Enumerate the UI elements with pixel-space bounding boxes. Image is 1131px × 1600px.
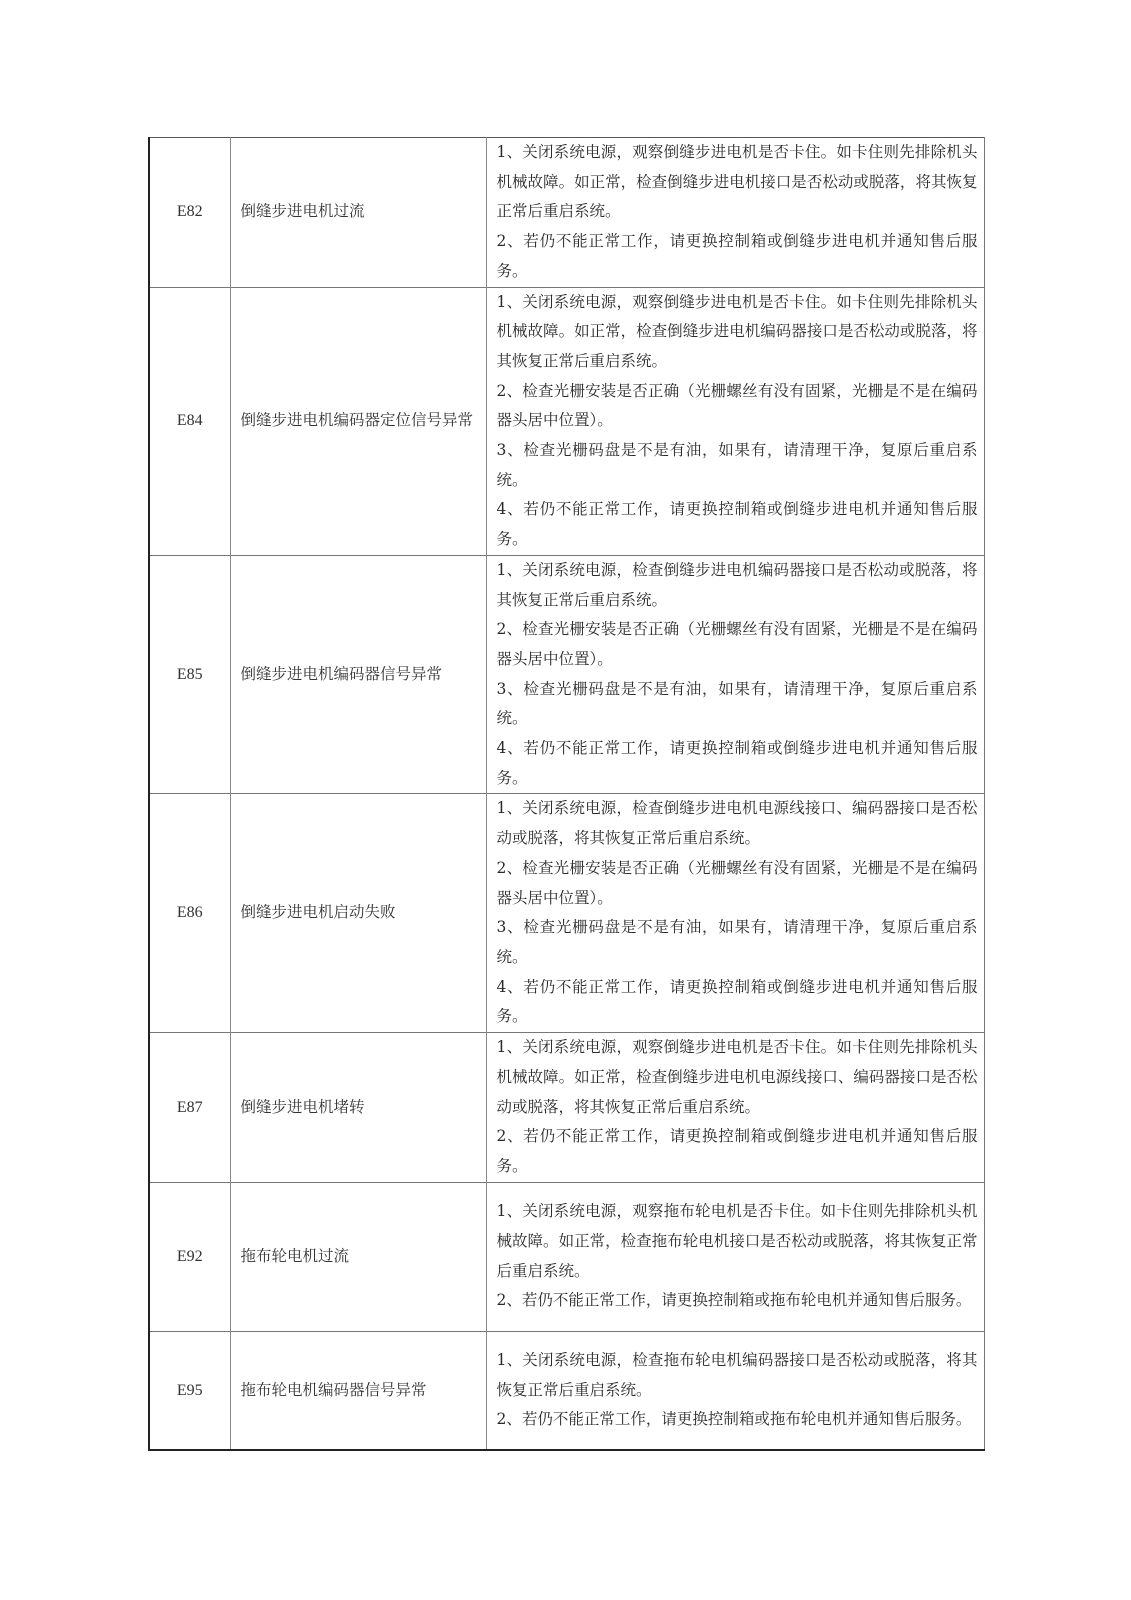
- solution-step: 1、关闭系统电源，观察倒缝步进电机是否卡住。如卡住则先排除机头机械故障。如正常，…: [497, 288, 978, 377]
- document-page: E82倒缝步进电机过流1、关闭系统电源，观察倒缝步进电机是否卡住。如卡住则先排除…: [0, 0, 1131, 1600]
- solution-step: 2、检查光栅安装是否正确（光栅螺丝有没有固紧，光栅是不是在编码器头居中位置）。: [497, 377, 978, 436]
- solution-step: 2、若仍不能正常工作，请更换控制箱或倒缝步进电机并通知售后服务。: [497, 1122, 978, 1181]
- error-code-cell: E86: [149, 794, 230, 1033]
- error-code-cell: E82: [149, 138, 230, 288]
- error-code-cell: E85: [149, 555, 230, 794]
- error-name-cell: 倒缝步进电机堵转: [230, 1033, 486, 1183]
- table-row: E87倒缝步进电机堵转1、关闭系统电源，观察倒缝步进电机是否卡住。如卡住则先排除…: [149, 1033, 984, 1183]
- error-name-cell: 倒缝步进电机过流: [230, 138, 486, 288]
- error-code-cell: E84: [149, 287, 230, 555]
- solution-step: 3、检查光栅码盘是不是有油，如果有，请清理干净，复原后重启系统。: [497, 913, 978, 972]
- solution-step: 1、关闭系统电源，观察倒缝步进电机是否卡住。如卡住则先排除机头机械故障。如正常，…: [497, 138, 978, 227]
- solution-cell: 1、关闭系统电源，观察倒缝步进电机是否卡住。如卡住则先排除机头机械故障。如正常，…: [486, 287, 984, 555]
- solution-cell: 1、关闭系统电源，观察倒缝步进电机是否卡住。如卡住则先排除机头机械故障。如正常，…: [486, 138, 984, 288]
- error-name-cell: 倒缝步进电机编码器定位信号异常: [230, 287, 486, 555]
- error-name-cell: 拖布轮电机过流: [230, 1182, 486, 1331]
- error-name-cell: 拖布轮电机编码器信号异常: [230, 1331, 486, 1450]
- error-name-cell: 倒缝步进电机编码器信号异常: [230, 555, 486, 794]
- solution-step: 2、若仍不能正常工作，请更换控制箱或倒缝步进电机并通知售后服务。: [497, 227, 978, 286]
- solution-step: 1、关闭系统电源，观察倒缝步进电机是否卡住。如卡住则先排除机头机械故障。如正常，…: [497, 1033, 978, 1122]
- solution-cell: 1、关闭系统电源，检查倒缝步进电机编码器接口是否松动或脱落，将其恢复正常后重启系…: [486, 555, 984, 794]
- error-name-cell: 倒缝步进电机启动失败: [230, 794, 486, 1033]
- table-row: E82倒缝步进电机过流1、关闭系统电源，观察倒缝步进电机是否卡住。如卡住则先排除…: [149, 138, 984, 288]
- solution-step: 1、关闭系统电源，观察拖布轮电机是否卡住。如卡住则先排除机头机械故障。如正常，检…: [497, 1197, 978, 1286]
- error-code-cell: E92: [149, 1182, 230, 1331]
- table-row: E86倒缝步进电机启动失败1、关闭系统电源，检查倒缝步进电机电源线接口、编码器接…: [149, 794, 984, 1033]
- table-row: E95拖布轮电机编码器信号异常1、关闭系统电源，检查拖布轮电机编码器接口是否松动…: [149, 1331, 984, 1450]
- solution-cell: 1、关闭系统电源，检查倒缝步进电机电源线接口、编码器接口是否松动或脱落，将其恢复…: [486, 794, 984, 1033]
- solution-step: 1、关闭系统电源，检查倒缝步进电机电源线接口、编码器接口是否松动或脱落，将其恢复…: [497, 794, 978, 853]
- error-code-table-body: E82倒缝步进电机过流1、关闭系统电源，观察倒缝步进电机是否卡住。如卡住则先排除…: [149, 138, 984, 1451]
- error-code-cell: E95: [149, 1331, 230, 1450]
- solution-step: 4、若仍不能正常工作，请更换控制箱或倒缝步进电机并通知售后服务。: [497, 495, 978, 554]
- solution-cell: 1、关闭系统电源，观察倒缝步进电机是否卡住。如卡住则先排除机头机械故障。如正常，…: [486, 1033, 984, 1183]
- solution-step: 3、检查光栅码盘是不是有油，如果有，请清理干净，复原后重启系统。: [497, 675, 978, 734]
- solution-cell: 1、关闭系统电源，检查拖布轮电机编码器接口是否松动或脱落，将其恢复正常后重启系统…: [486, 1331, 984, 1450]
- solution-cell: 1、关闭系统电源，观察拖布轮电机是否卡住。如卡住则先排除机头机械故障。如正常，检…: [486, 1182, 984, 1331]
- solution-step: 2、检查光栅安装是否正确（光栅螺丝有没有固紧，光栅是不是在编码器头居中位置）。: [497, 615, 978, 674]
- solution-step: 1、关闭系统电源，检查拖布轮电机编码器接口是否松动或脱落，将其恢复正常后重启系统…: [497, 1346, 978, 1405]
- solution-step: 2、若仍不能正常工作，请更换控制箱或拖布轮电机并通知售后服务。: [497, 1286, 978, 1316]
- solution-step: 4、若仍不能正常工作，请更换控制箱或倒缝步进电机并通知售后服务。: [497, 973, 978, 1032]
- solution-step: 3、检查光栅码盘是不是有油，如果有，请清理干净，复原后重启系统。: [497, 436, 978, 495]
- table-row: E92拖布轮电机过流1、关闭系统电源，观察拖布轮电机是否卡住。如卡住则先排除机头…: [149, 1182, 984, 1331]
- error-code-table: E82倒缝步进电机过流1、关闭系统电源，观察倒缝步进电机是否卡住。如卡住则先排除…: [148, 137, 985, 1451]
- solution-step: 4、若仍不能正常工作，请更换控制箱或倒缝步进电机并通知售后服务。: [497, 734, 978, 793]
- solution-step: 1、关闭系统电源，检查倒缝步进电机编码器接口是否松动或脱落，将其恢复正常后重启系…: [497, 556, 978, 615]
- error-code-cell: E87: [149, 1033, 230, 1183]
- table-row: E85倒缝步进电机编码器信号异常1、关闭系统电源，检查倒缝步进电机编码器接口是否…: [149, 555, 984, 794]
- solution-step: 2、若仍不能正常工作，请更换控制箱或拖布轮电机并通知售后服务。: [497, 1405, 978, 1435]
- solution-step: 2、检查光栅安装是否正确（光栅螺丝有没有固紧，光栅是不是在编码器头居中位置）。: [497, 854, 978, 913]
- table-row: E84倒缝步进电机编码器定位信号异常1、关闭系统电源，观察倒缝步进电机是否卡住。…: [149, 287, 984, 555]
